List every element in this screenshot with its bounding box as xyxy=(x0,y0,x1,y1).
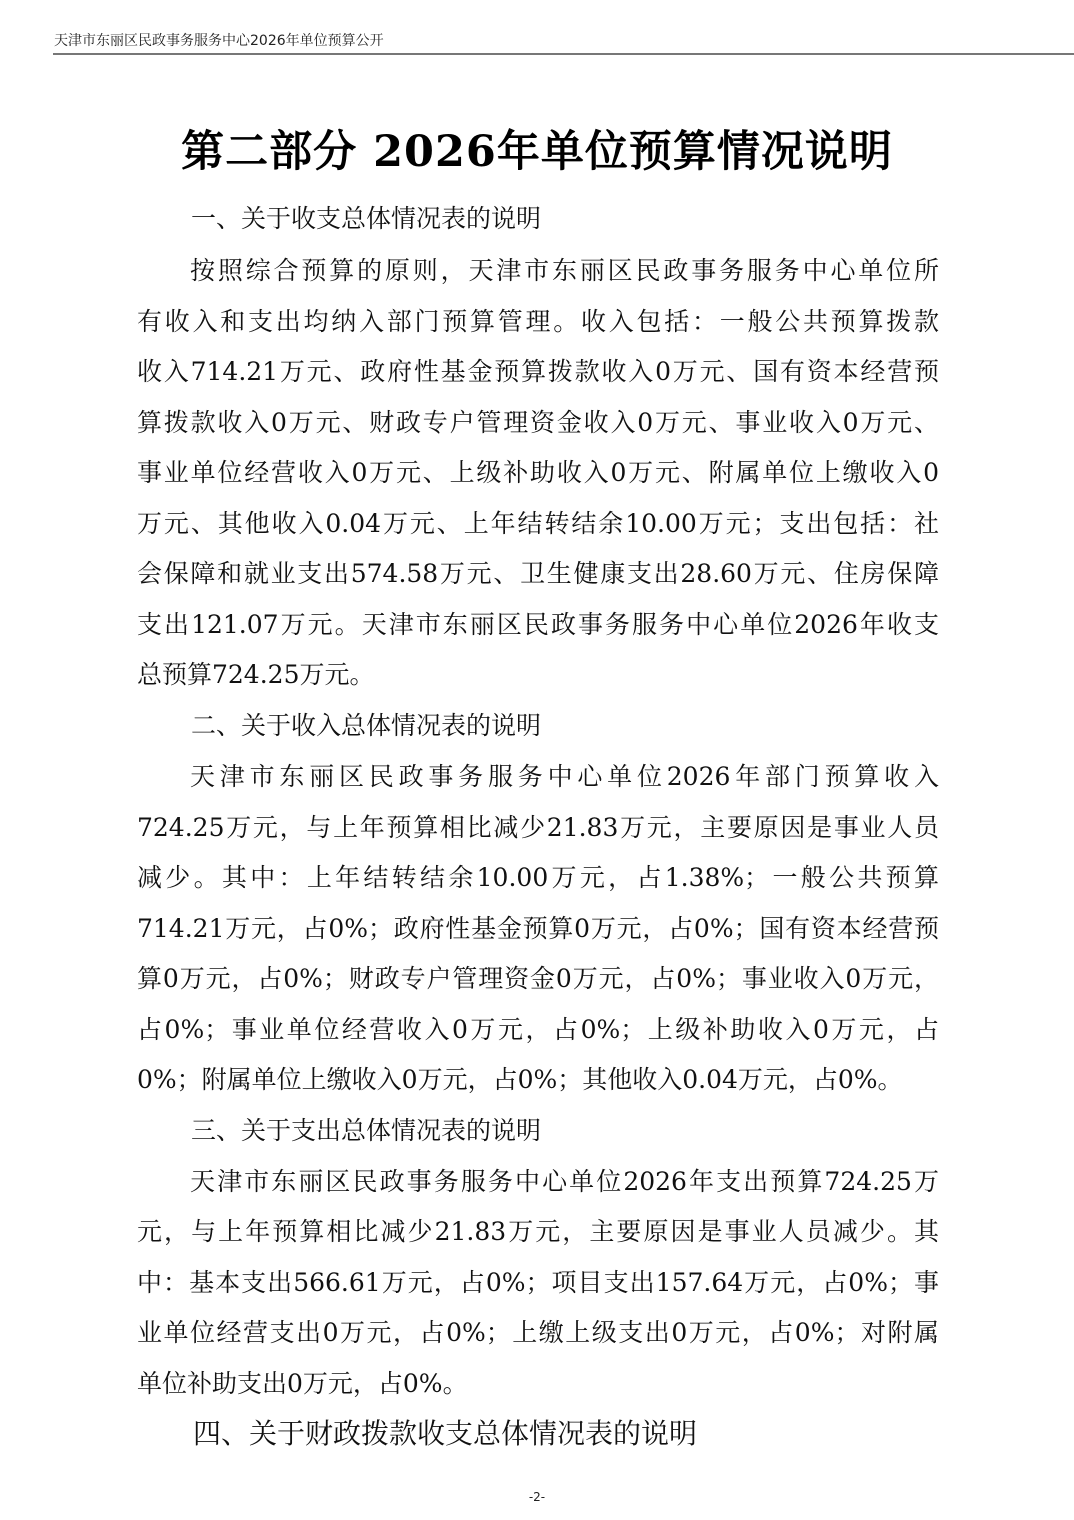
paragraph-line: 算0万元，占0%；财政专户管理资金0万元，占0%；事业收入0万元， xyxy=(137,959,939,995)
paragraph-line: 会保障和就业支出574.58万元、卫生健康支出28.60万元、住房保障 xyxy=(137,554,939,590)
paragraph-line: 天津市东丽区民政事务服务中心单位2026年支出预算724.25万 xyxy=(190,1162,939,1198)
paragraph-line: 减少。其中：上年结转结余10.00万元，占1.38%；一般公共预算 xyxy=(137,858,939,894)
paragraph-line: 业单位经营支出0万元，占0%；上缴上级支出0万元，占0%；对附属 xyxy=(137,1313,939,1349)
paragraph-line: 总预算724.25万元。 xyxy=(137,655,939,691)
paragraph-line: 有收入和支出均纳入部门预算管理。收入包括：一般公共预算拨款 xyxy=(137,302,939,338)
paragraph-line: 事业单位经营收入0万元、上级补助收入0万元、附属单位上缴收入0 xyxy=(137,453,939,489)
section-heading: 四、关于财政拨款收支总体情况表的说明 xyxy=(193,1412,697,1452)
paragraph-line: 714.21万元，占0%；政府性基金预算0万元，占0%；国有资本经营预 xyxy=(137,909,939,945)
section-heading: 三、关于支出总体情况表的说明 xyxy=(191,1111,541,1147)
paragraph-line: 万元、其他收入0.04万元、上年结转结余10.00万元；支出包括：社 xyxy=(137,504,939,540)
paragraph-line: 按照综合预算的原则，天津市东丽区民政事务服务中心单位所 xyxy=(190,251,939,287)
section-heading: 一、关于收支总体情况表的说明 xyxy=(191,199,541,235)
paragraph-line: 天津市东丽区民政事务服务中心单位2026年部门预算收入 xyxy=(190,757,939,793)
section-heading: 二、关于收入总体情况表的说明 xyxy=(191,706,541,742)
paragraph-line: 单位补助支出0万元，占0%。 xyxy=(137,1364,939,1400)
paragraph-line: 占0%；事业单位经营收入0万元，占0%；上级补助收入0万元，占 xyxy=(137,1010,939,1046)
paragraph-line: 收入714.21万元、政府性基金预算拨款收入0万元、国有资本经营预 xyxy=(137,352,939,388)
paragraph-line: 元，与上年预算相比减少21.83万元，主要原因是事业人员减少。其 xyxy=(137,1212,939,1248)
header-divider xyxy=(53,53,1074,55)
paragraph-line: 中：基本支出566.61万元，占0%；项目支出157.64万元，占0%；事 xyxy=(137,1263,939,1299)
paragraph-line: 724.25万元，与上年预算相比减少21.83万元，主要原因是事业人员 xyxy=(137,808,939,844)
page-number: -2- xyxy=(0,1490,1074,1504)
page-title: 第二部分 2026年单位预算情况说明 xyxy=(0,118,1074,179)
running-header-title: 天津市东丽区民政事务服务中心2026年单位预算公开 xyxy=(54,30,384,50)
paragraph-line: 支出121.07万元。天津市东丽区民政事务服务中心单位2026年收支 xyxy=(137,605,939,641)
paragraph-line: 算拨款收入0万元、财政专户管理资金收入0万元、事业收入0万元、 xyxy=(137,403,939,439)
paragraph-line: 0%；附属单位上缴收入0万元，占0%；其他收入0.04万元，占0%。 xyxy=(137,1060,939,1096)
